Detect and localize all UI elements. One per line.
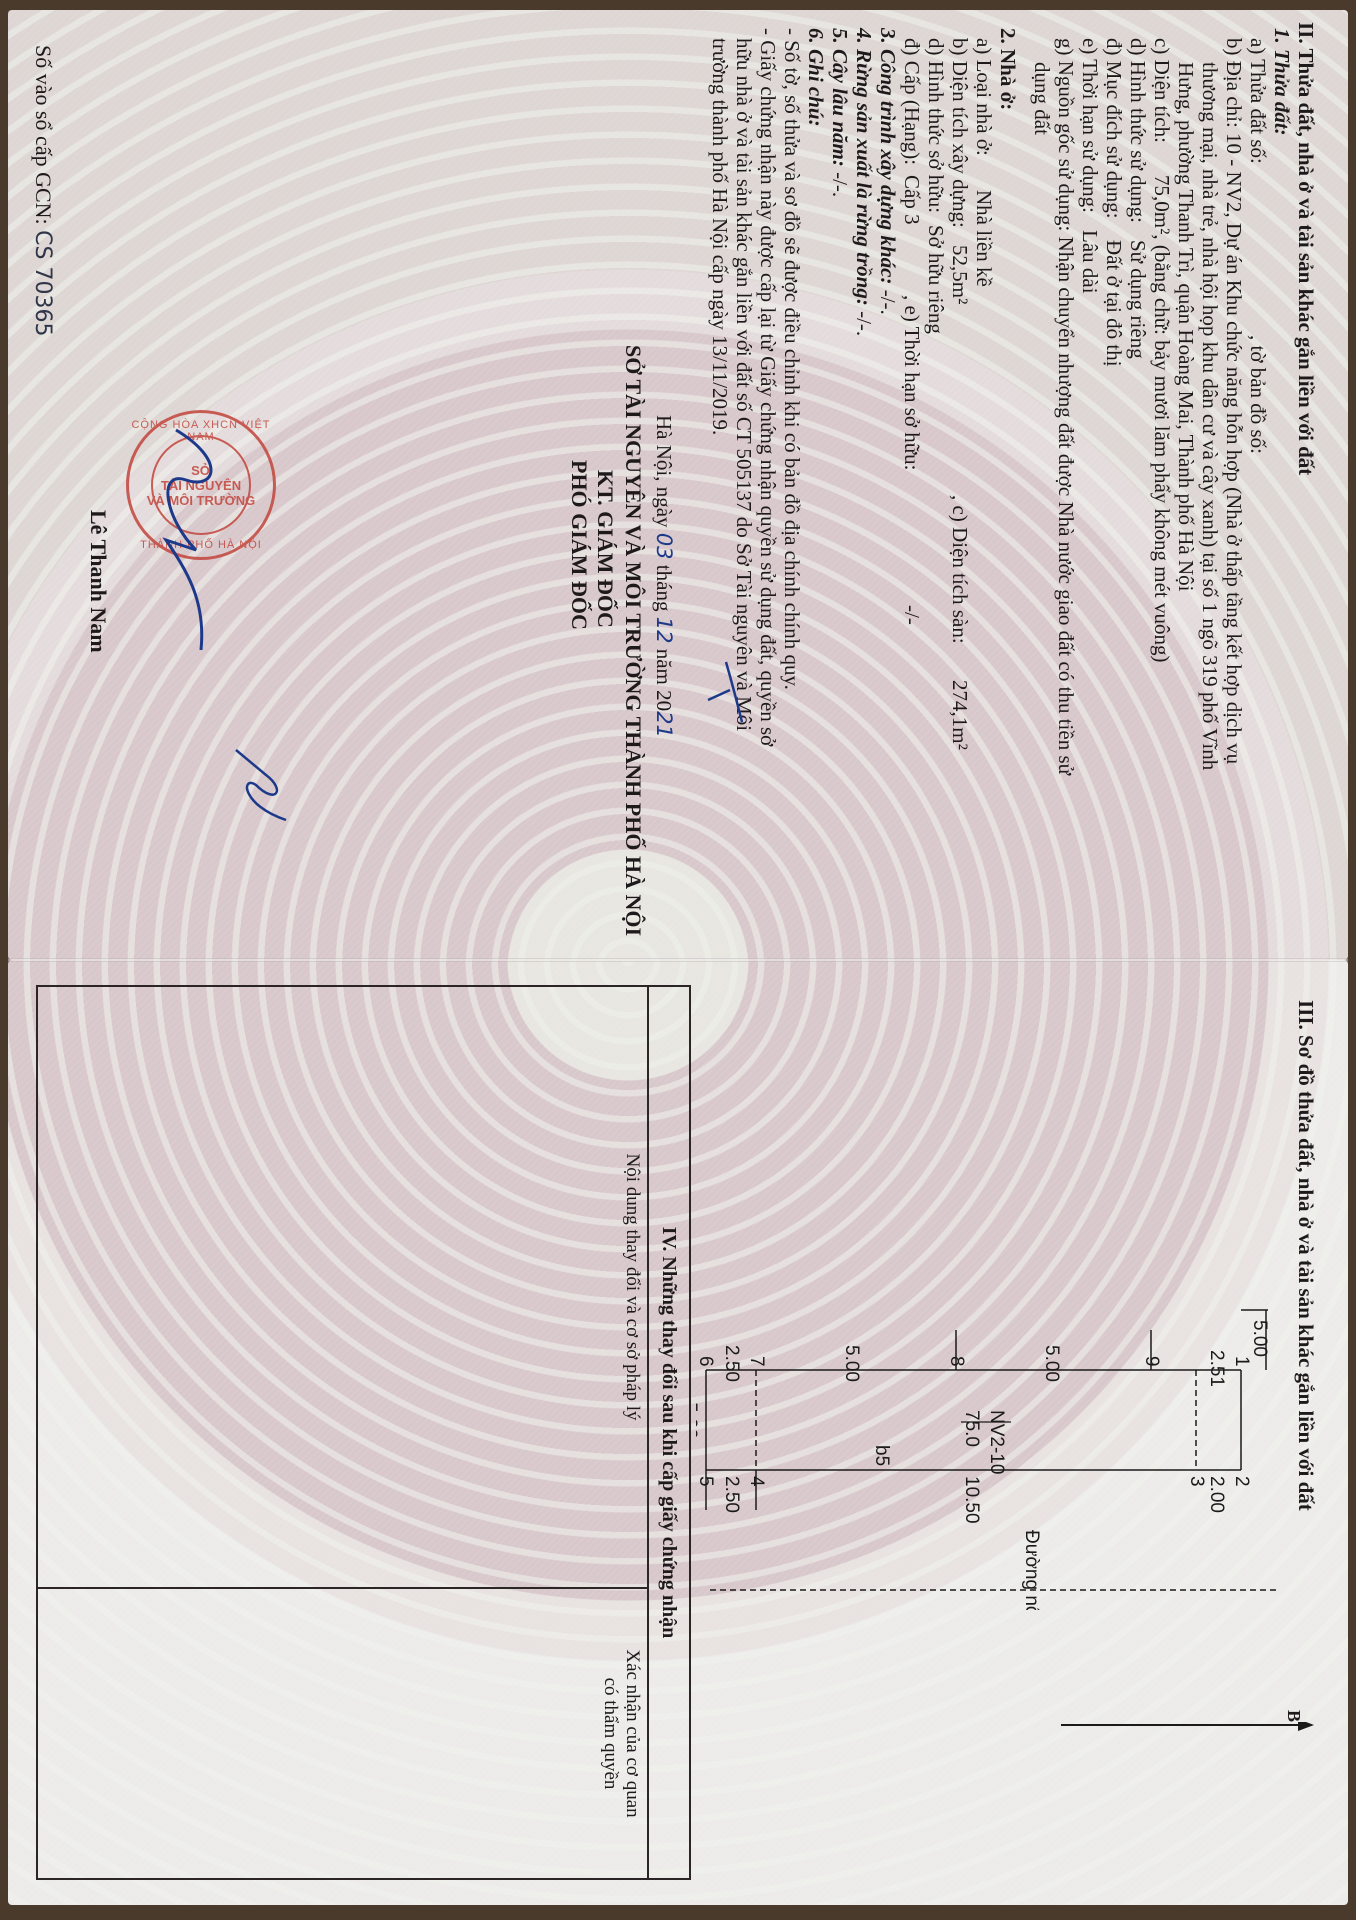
house-type-label: a) Loại nhà ở: [971, 38, 996, 156]
changes-content-header: Nội dung thay đổi và cơ sở pháp lý [621, 987, 649, 1587]
parcel-number-label: a) Thửa đất số: [1245, 38, 1270, 164]
register-number: Số vào sổ cấp GCN: CS 70365 [30, 45, 56, 336]
authority-confirmation-column: Xác nhận của cơ quan có thẩm quyền [38, 1589, 649, 1878]
usage-form-value: Sử dụng riêng [1125, 240, 1150, 359]
register-value: CS 70365 [30, 230, 55, 336]
map-sheet-label: , tờ bản đồ số: [1245, 335, 1270, 454]
authority-confirmation-header: Xác nhận của cơ quan có thẩm quyền [599, 1589, 649, 1878]
changes-table-title: IV. Những thay đổi sau khi cấp giấy chứn… [647, 987, 689, 1878]
forest-row: 4. Rừng sản xuất là rừng trồng: -/-. [851, 28, 876, 336]
issue-date: Hà Nội, ngày 03 tháng 12 năm 2021 [651, 415, 676, 738]
svg-text:5.00: 5.00 [841, 1345, 862, 1382]
address-line-3: Hưng, phường Thanh Trì, quận Hoàng Mai, … [1173, 62, 1198, 591]
svg-text:b5: b5 [871, 1445, 892, 1466]
ownership-term-label: , e) Thời hạn sở hữu: [899, 295, 924, 471]
svg-text:4: 4 [746, 1476, 767, 1487]
land-area-value: 75,0m², (bằng chữ: bảy mươi lăm phẩy khô… [1149, 175, 1174, 663]
svg-text:2.00: 2.00 [1206, 1476, 1227, 1513]
svg-text:Đường nội bộ: Đường nội bộ [1021, 1530, 1042, 1610]
other-works-row: 3. Công trình xây dựng khác: -/-. [875, 28, 900, 315]
certificate-sheet: II. Thửa đất, nhà ở và tài sản khác gắn … [0, 0, 1356, 1920]
ownership-term-value: -/- [899, 605, 924, 625]
svg-text:1: 1 [1231, 1356, 1252, 1367]
floor-area-label: , c) Diện tích sàn: [947, 495, 972, 644]
svg-text:3: 3 [1186, 1476, 1207, 1487]
ownership-form-value: Sở hữu riêng [923, 225, 948, 334]
notes-line-2: - Giấy chứng nhận này được cấp lại từ Gi… [755, 28, 780, 746]
month-prefix: tháng [652, 565, 676, 612]
changes-content-column: Nội dung thay đổi và cơ sở pháp lý [38, 987, 649, 1589]
floor-area-value: 274,1m² [947, 680, 972, 750]
building-area-value: 52,5m² [947, 245, 972, 304]
handwritten-signature [126, 420, 246, 660]
forest-value: -/-. [852, 311, 876, 336]
land-heading: 1. Thửa đất: [1269, 28, 1294, 136]
notes-line-4: trường thành phố Hà Nội cấp ngày 13/11/2… [707, 38, 732, 435]
perennial-row: 5. Cây lâu năm: -/-. [827, 28, 852, 197]
notes-line-1: - Số tờ, số thửa và sơ đồ sẽ được điều c… [779, 28, 804, 690]
origin-line-1: g) Nguồn gốc sử dụng: Nhận chuyển nhượng… [1053, 38, 1078, 775]
land-area-label: c) Diện tích: [1149, 38, 1174, 143]
usage-form-label: d) Hình thức sử dụng: [1125, 38, 1150, 223]
usage-term-value: Lâu dài [1077, 230, 1102, 294]
svg-text:10.50: 10.50 [961, 1476, 982, 1524]
svg-text:5.00: 5.00 [1041, 1345, 1062, 1382]
section-iii-title: III. Sơ đồ thửa đất, nhà ở và tài sản kh… [1293, 1000, 1318, 1511]
ownership-form-label: d) Hình thức sở hữu: [923, 38, 948, 213]
other-works-label: 3. Công trình xây dựng khác: [876, 28, 900, 284]
usage-term-label: e) Thời hạn sử dụng: [1077, 38, 1102, 213]
section-ii-title: II. Thửa đất, nhà ở và tài sản khác gắn … [1293, 22, 1318, 475]
year-prefix: năm 20 [652, 649, 676, 711]
house-type-value: Nhà liền kề [971, 190, 996, 287]
svg-text:6: 6 [696, 1356, 716, 1367]
authority-header-line-1: Xác nhận của cơ quan [621, 1589, 643, 1878]
svg-text:2: 2 [1231, 1476, 1252, 1487]
svg-text:8: 8 [946, 1356, 967, 1367]
initial-checkmark [706, 660, 756, 730]
grade-value: Cấp 3 [899, 175, 924, 225]
signer-title-2: PHÓ GIÁM ĐỐC [567, 460, 592, 630]
svg-text:2.50: 2.50 [721, 1476, 742, 1513]
date-month: 12 [652, 617, 676, 644]
notes-heading: 6. Ghi chú: [803, 28, 828, 127]
svg-text:7: 7 [746, 1356, 767, 1367]
grade-label: đ) Cấp (Hạng): [899, 38, 924, 165]
svg-text:5: 5 [696, 1476, 716, 1487]
diagram-labels: 1 2 3 4 5 6 7 8 9 5.00 2.51 5.00 5.00 2.… [696, 1320, 1270, 1610]
origin-line-2: dụng đất [1029, 62, 1054, 135]
date-day: 03 [652, 533, 676, 560]
parcel-diagram-svg: 1 2 3 4 5 6 7 8 9 5.00 2.51 5.00 5.00 2.… [696, 1290, 1296, 1610]
north-arrow-icon [1056, 1705, 1316, 1745]
changes-table: IV. Những thay đổi sau khi cấp giấy chứn… [36, 985, 691, 1880]
date-prefix: Hà Nội, ngày [652, 415, 676, 528]
svg-text:75.0: 75.0 [961, 1410, 982, 1447]
building-area-label: b) Diện tích xây dựng: [947, 38, 972, 228]
date-year: 21 [652, 711, 676, 738]
house-heading: 2. Nhà ở: [995, 28, 1020, 110]
svg-text:5.00: 5.00 [696, 1402, 700, 1439]
svg-text:5.00: 5.00 [1249, 1320, 1270, 1357]
svg-text:NV2-10: NV2-10 [986, 1410, 1007, 1474]
perennial-value: -/-. [828, 172, 852, 197]
perennial-label: 5. Cây lâu năm: [828, 28, 852, 167]
address-line-1: b) Địa chỉ: 10 - NV2, Dự án Khu chức năn… [1221, 38, 1246, 764]
initial-signature [226, 745, 296, 825]
register-label: Số vào sổ cấp GCN: [31, 45, 56, 225]
notes-line-3: hữu nhà ở và tài sản khác gắn liền với đ… [731, 38, 756, 731]
parcel-diagram: 1 2 3 4 5 6 7 8 9 5.00 2.51 5.00 5.00 2.… [696, 1290, 1296, 1610]
signer-title-1: KT. GIÁM ĐỐC [593, 470, 618, 628]
authority-header-line-2: có thẩm quyền [599, 1589, 621, 1878]
usage-purpose-label: đ) Mục đích sử dụng: [1101, 38, 1126, 219]
issuing-agency: SỞ TÀI NGUYÊN VÀ MÔI TRƯỜNG THÀNH PHỐ HÀ… [621, 345, 646, 936]
page-fold [8, 958, 1348, 962]
other-works-value: -/-. [876, 290, 900, 315]
svg-text:2.51: 2.51 [1206, 1350, 1227, 1387]
signer-name: Lê Thanh Nam [86, 510, 111, 653]
address-line-2: thương mại, nhà trẻ, nhà hội họp khu dân… [1197, 62, 1222, 770]
svg-text:9: 9 [1141, 1356, 1162, 1367]
forest-label: 4. Rừng sản xuất là rừng trồng: [852, 28, 876, 306]
svg-text:2.50: 2.50 [721, 1345, 742, 1382]
usage-purpose-value: Đất ở tại đô thị [1101, 240, 1126, 367]
north-label: B [1281, 1710, 1306, 1722]
